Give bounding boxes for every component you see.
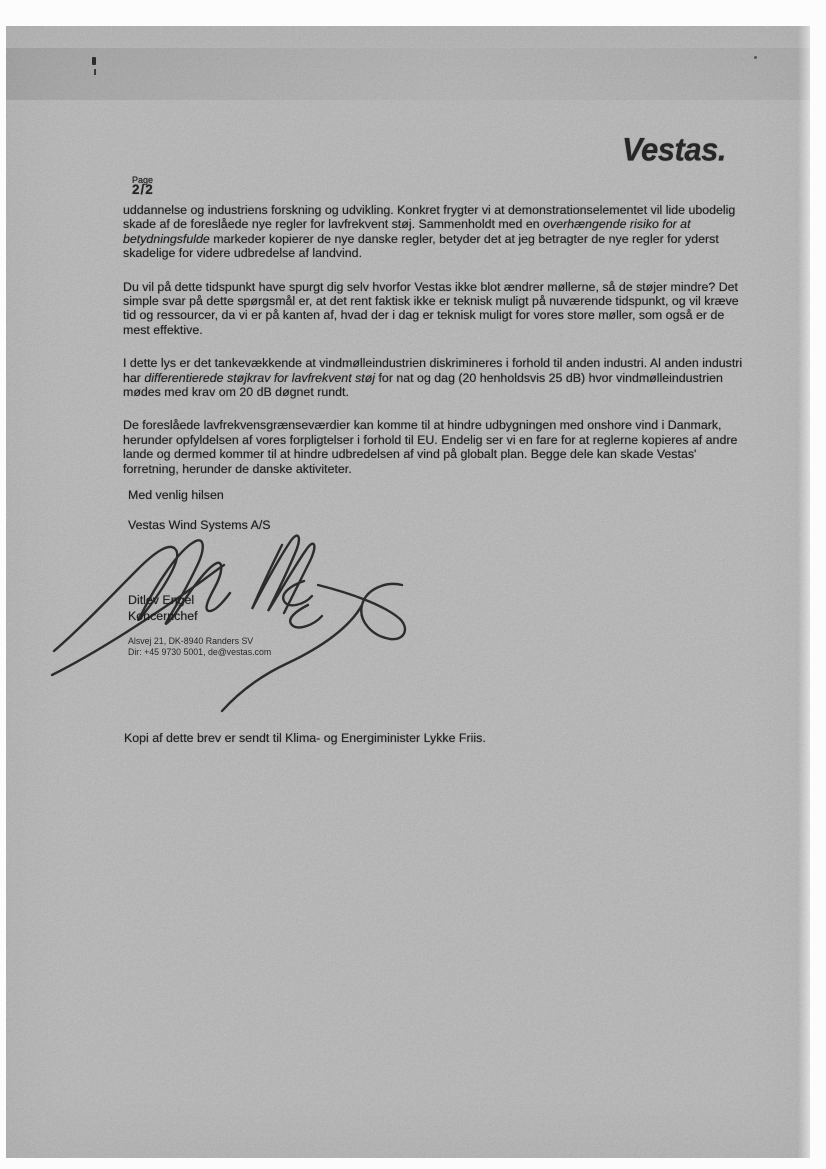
address-line-1: Alsvej 21, DK-8940 Randers SV [128, 636, 271, 647]
address-line-2: Dir: +45 9730 5001, de@vestas.com [128, 647, 271, 658]
signer-title: Koncernchef [128, 609, 198, 624]
letter-paragraphs: uddannelse og industriens forskning og u… [123, 203, 743, 495]
scan-edge-fade [798, 26, 810, 1158]
page-indicator: Page 2/2 [132, 175, 154, 195]
address-block: Alsvej 21, DK-8940 Randers SV Dir: +45 9… [128, 636, 271, 657]
company-name: Vestas Wind Systems A/S [128, 518, 271, 532]
closing-salutation: Med venlig hilsen [128, 488, 224, 502]
scan-noise-texture [6, 26, 810, 1158]
page-number: 2/2 [132, 185, 154, 195]
paragraph: I dette lys er det tankevækkende at vind… [123, 356, 743, 399]
paragraph: De foreslåede lavfrekvensgrænseværdier k… [123, 418, 743, 476]
paragraph: uddannelse og industriens forskning og u… [123, 203, 743, 261]
ink-speck-small [754, 56, 757, 59]
cc-note: Kopi af dette brev er sendt til Klima- o… [124, 731, 486, 745]
vestas-logo: Vestas. [622, 131, 726, 168]
paragraph: Du vil på dette tidspunkt have spurgt di… [123, 280, 743, 338]
scan-background: Vestas. Page 2/2 uddannelse og industrie… [6, 26, 810, 1158]
handwritten-signature [50, 523, 410, 718]
scan-shading-band [6, 48, 810, 100]
signer-name: Ditlev Engel [128, 593, 194, 608]
scanned-letter-page: Vestas. Page 2/2 uddannelse og industrie… [0, 0, 826, 1169]
ink-speck [92, 57, 96, 65]
